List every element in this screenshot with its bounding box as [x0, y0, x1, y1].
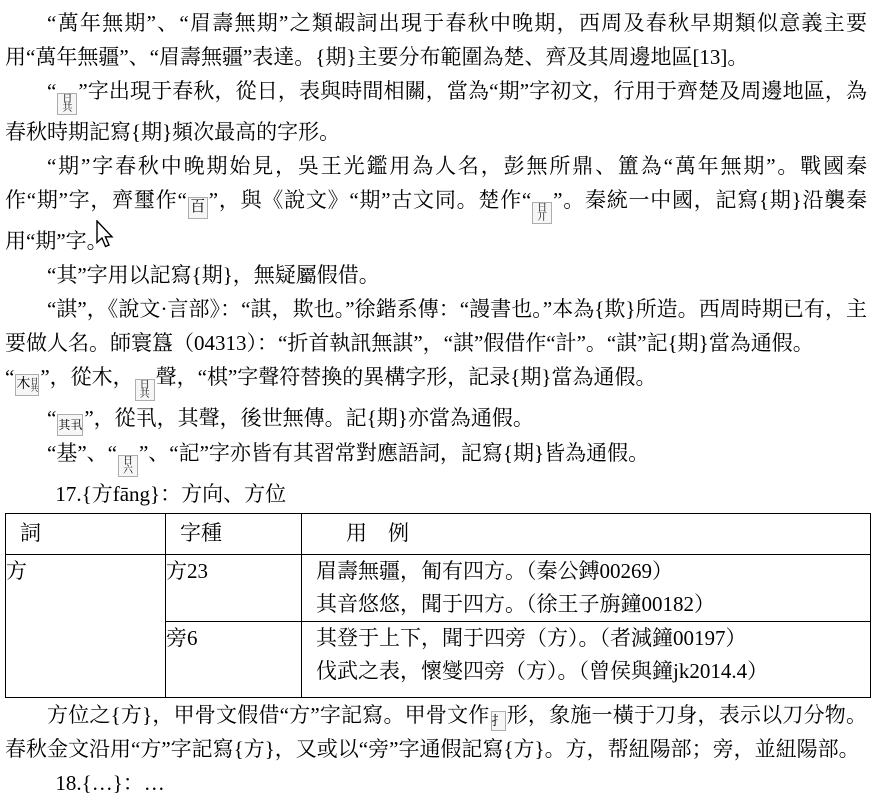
paragraph-text: “ [47, 79, 56, 103]
paragraph-qi-early-form: “日共”字出現于春秋，從日，表與時間相關，當為“期”字初文，行用于齊楚及周邊地區… [5, 74, 867, 149]
table-cell-type-fang23: 方23 [166, 555, 302, 622]
rare-glyph-qi-early-form: 日共 [57, 93, 77, 115]
paragraph-text: ”字出現于春秋，從日，表與時間相關，當為“期”字初文，行用于齊楚及周邊地區，為春… [5, 79, 867, 144]
table-header-word: 詞 [6, 514, 166, 555]
table-cell-type-pang6: 旁6 [166, 622, 302, 698]
paragraph-wannianwuqi: “萬年無期”、“眉壽無期”之類嘏詞出現于春秋中晚期，西周及春秋早期類似意義主要用… [5, 6, 867, 74]
example-line: 其音悠悠，聞于四方。（徐王子旃鐘00182） [302, 588, 870, 621]
paragraph-other-loans: “基”、“日六”、“記”字亦皆有其習常對應語詞，記寫{期}皆為通假。 [5, 436, 867, 477]
paragraph-wood-variant: “木日共”，從木，日共聲，“棋”字聲符替換的異構字形，記录{期}當為通假。 [5, 360, 867, 401]
glyph-bottom: 丌 [537, 213, 547, 222]
mouse-cursor [95, 220, 115, 248]
heading-text: 17.{方fāng}：方向、方位 [55, 482, 286, 506]
paragraph-text: “ [5, 365, 14, 389]
example-line: 伐武之表，懷燮四旁（方）。（曾侯與鐘jk2014.4） [302, 655, 870, 688]
paragraph-text: “諆”，《說文·言部》：“諆，欺也。”徐鍇系傳：“謾書也。”本為{欺}所造。西周… [5, 297, 867, 355]
table-cell-word-fang: 方 [6, 555, 166, 698]
usage-examples-table: 詞 字種 用 例 方 方23 眉壽無疆，匍有四方。（秦公鎛00269） 其音悠悠… [5, 513, 871, 698]
paragraph-qi2-shuowen: “諆”，《說文·言部》：“諆，欺也。”徐鍇系傳：“謾書也。”本為{欺}所造。西周… [5, 292, 867, 360]
paragraph-ji-variant: “其丮”，從丮，其聲，後世無傳。記{期}亦當為通假。 [5, 401, 867, 436]
paragraph-text: ”，與《說文》“期”古文同。楚作“ [209, 188, 531, 212]
paragraph-text: “基”、“ [47, 441, 117, 465]
example-line: 其登于上下，聞于四旁（方）。（者減鐘00197） [302, 622, 870, 655]
table-header-char-type: 字種 [166, 514, 302, 555]
glyph-char: 扌 [492, 713, 505, 728]
example-line: 眉壽無疆，匍有四方。（秦公鎛00269） [302, 555, 870, 588]
glyph-bottom: 共 [140, 390, 150, 399]
glyph-left: 木 [16, 378, 30, 392]
paragraph-fang-analysis: 方位之{方}，甲骨文假借“方”字記寫。甲骨文作扌形，象施一橫于刀身，表示以刀分物… [5, 698, 867, 766]
clipped-next-section-heading: 18.{…}：… [5, 766, 867, 800]
rare-glyph-qi-phonetic: 日共 [135, 379, 155, 401]
glyph-bottom: 共 [62, 104, 72, 113]
table-cell-examples-fang23: 眉壽無疆，匍有四方。（秦公鎛00269） 其音悠悠，聞于四方。（徐王子旃鐘001… [302, 555, 871, 622]
table-header-examples: 用 例 [302, 514, 871, 555]
paragraph-text: “ [47, 406, 56, 430]
paragraph-text: ”，從丮，其聲，後世無傳。記{期}亦當為通假。 [84, 406, 533, 430]
section-heading-17-fang: 17.{方fāng}：方向、方位 [5, 477, 867, 511]
clipped-text: 18.{…}：… [55, 771, 164, 795]
paragraph-qi-loan: “其”字用以記寫{期}，無疑屬假借。 [5, 258, 867, 292]
rare-glyph-qi-chu: 日丌 [532, 202, 552, 224]
table-row-fang23: 方 方23 眉壽無疆，匍有四方。（秦公鎛00269） 其音悠悠，聞于四方。（徐王… [6, 555, 871, 622]
paragraph-text: “萬年無期”、“眉壽無期”之類嘏詞出現于春秋中晚期，西周及春秋早期類似意義主要用… [5, 11, 867, 69]
rare-glyph-oracle-fang: 扌 [491, 711, 506, 731]
paragraph-text: “其”字用以記寫{期}，無疑屬假借。 [47, 263, 380, 287]
rare-glyph-qi-ji-variant: 其丮 [57, 414, 83, 436]
table-cell-examples-pang6: 其登于上下，聞于四旁（方）。（者減鐘00197） 伐武之表，懷燮四旁（方）。（曾… [302, 622, 871, 698]
rare-glyph-qi-sun-liu: 日六 [118, 455, 138, 477]
paragraph-text: ”、“記”字亦皆有其習常對應語詞，記寫{期}皆為通假。 [139, 441, 649, 465]
glyph-right: 丮 [70, 419, 82, 431]
paragraph-text: 聲，“棋”字聲符替換的異構字形，記录{期}當為通假。 [156, 365, 657, 389]
paragraph-qi-character-history: “期”字春秋中晚期始見，吳王光鑑用為人名，彭無所鼎、簠為“萬年無期”。戰國秦作“… [5, 149, 867, 258]
paragraph-text: 方位之{方}，甲骨文假借“方”字記寫。甲骨文作 [47, 703, 490, 727]
rare-glyph-qi-seal: 百 [188, 197, 208, 219]
glyph-char: 百 [190, 200, 205, 215]
rare-glyph-qi-wood-variant: 木日共 [15, 374, 39, 396]
glyph-left: 其 [58, 419, 70, 431]
glyph-bottom: 六 [123, 466, 133, 475]
paragraph-text: ”，從木， [40, 365, 133, 389]
document-page: “萬年無期”、“眉壽無期”之類嘏詞出現于春秋中晚期，西周及春秋早期類似意義主要用… [0, 0, 874, 800]
table-header-row: 詞 字種 用 例 [6, 514, 871, 555]
glyph-bottom: 共 [30, 385, 38, 392]
